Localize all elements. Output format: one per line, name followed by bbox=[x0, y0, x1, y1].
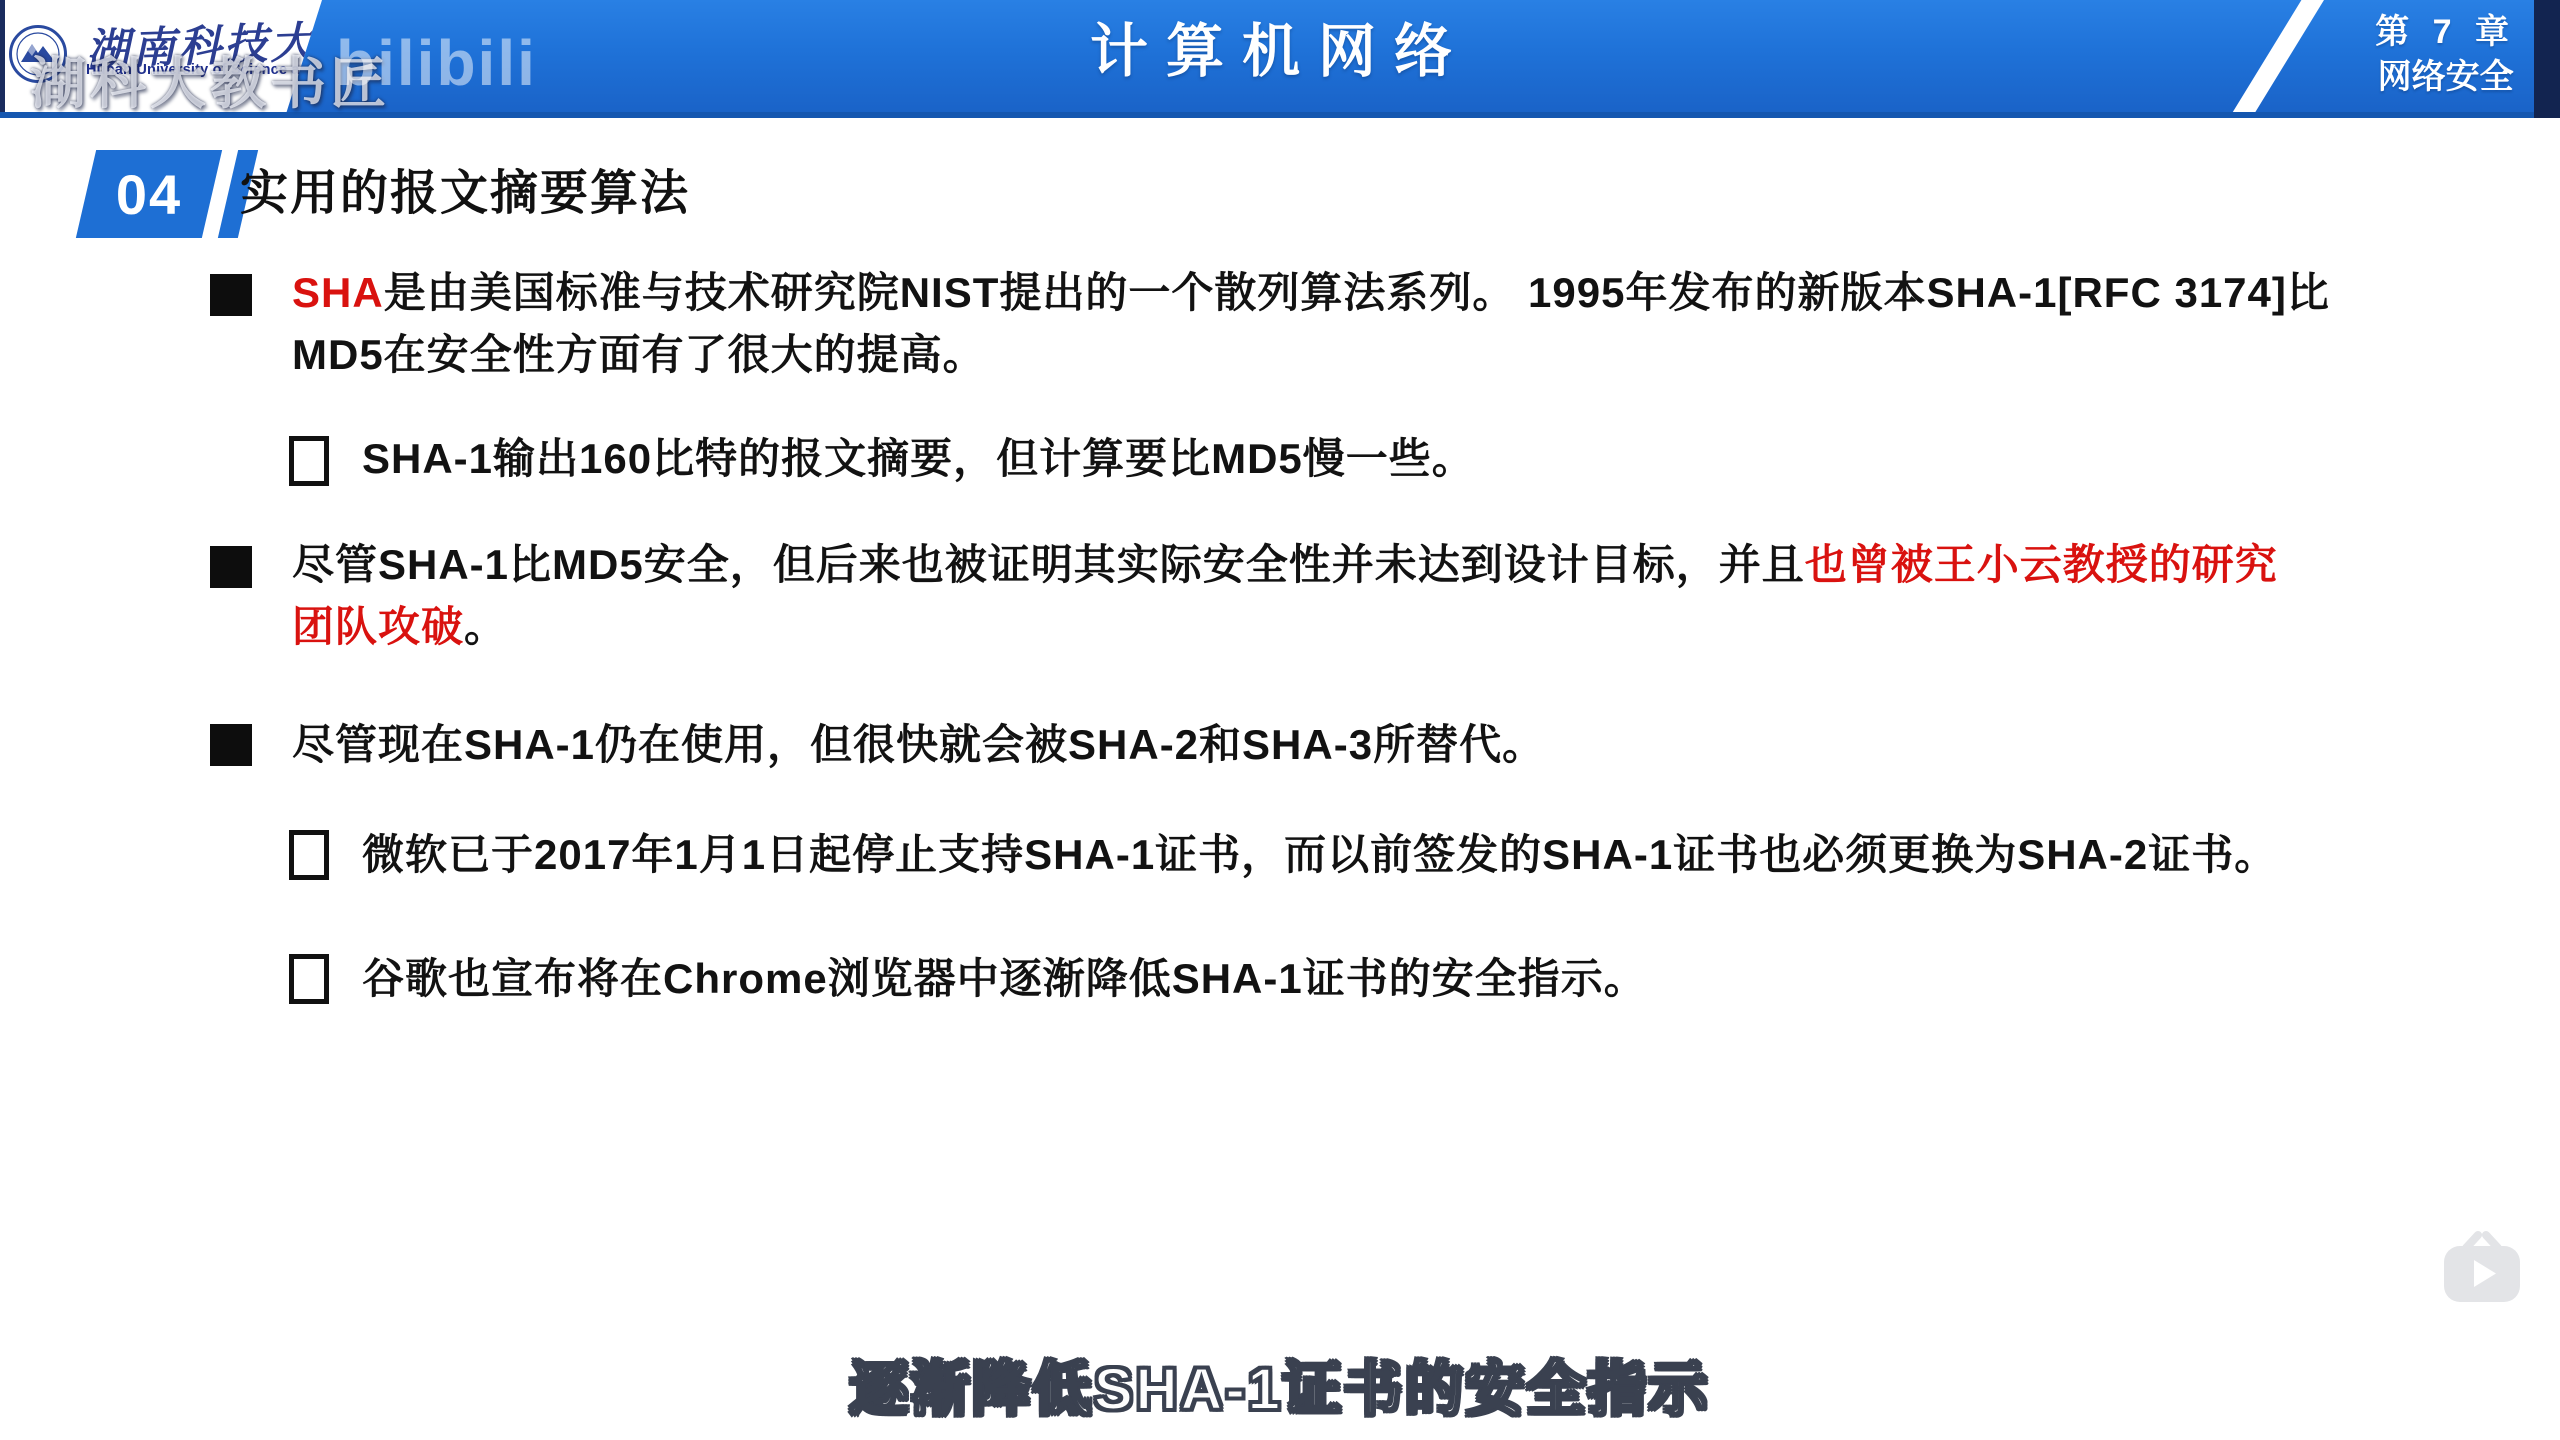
right-edge-strip bbox=[2534, 0, 2560, 118]
bullet-hollow-square bbox=[289, 954, 329, 1004]
course-title: 计算机网络 bbox=[1090, 14, 1470, 90]
bullet1-line1: SHA是由美国标准与技术研究院NIST提出的一个散列算法系列。 1995年发布的… bbox=[292, 265, 2330, 321]
section-number-badge: 04 bbox=[76, 150, 222, 238]
video-subtitle: 逐渐降低SHA-1证书的安全指示 bbox=[850, 1342, 1710, 1426]
bullet1-line2: MD5在安全性方面有了很大的提高。 bbox=[292, 327, 986, 383]
left-edge-strip bbox=[0, 0, 5, 112]
video-frame: 湖南科技大学 Hunan University of Science and T… bbox=[0, 0, 2560, 1440]
bullet1-black-text: 是由美国标准与技术研究院NIST提出的一个散列算法系列。 1995年发布的新版本… bbox=[384, 269, 2330, 316]
bullet-hollow-square bbox=[289, 436, 329, 486]
bilibili-tv-icon[interactable] bbox=[2440, 1230, 2524, 1306]
subbullet2-text: 微软已于2017年1月1日起停止支持SHA-1证书，而以前签发的SHA-1证书也… bbox=[362, 827, 2277, 883]
subbullet3-text: 谷歌也宣布将在Chrome浏览器中逐渐降低SHA-1证书的安全指示。 bbox=[362, 951, 1647, 1007]
bullet-filled-square bbox=[210, 546, 252, 588]
bullet-filled-square bbox=[210, 724, 252, 766]
section-number: 04 bbox=[116, 162, 182, 227]
chapter-number: 第 7 章 bbox=[2375, 10, 2516, 55]
subbullet1-text: SHA-1输出160比特的报文摘要，但计算要比MD5慢一些。 bbox=[362, 431, 1475, 487]
header-slash-decoration bbox=[2230, 0, 2324, 112]
bullet2-line2: 团队攻破。 bbox=[292, 599, 507, 655]
bullet2-red-text: 也曾被王小云教授的研究 bbox=[1805, 541, 2278, 588]
bullet2-black-text: 尽管SHA-1比MD5安全，但后来也被证明其实际安全性并未达到设计目标，并且 bbox=[292, 541, 1805, 588]
bullet1-red-text: SHA bbox=[292, 269, 384, 316]
bullet2-line2-red-text: 团队攻破 bbox=[292, 603, 464, 650]
bullet-hollow-square bbox=[289, 830, 329, 880]
section-title: 实用的报文摘要算法 bbox=[240, 160, 690, 228]
bullet2-line2-black-text: 。 bbox=[464, 603, 507, 650]
bullet-filled-square bbox=[210, 274, 252, 316]
chapter-name: 网络安全 bbox=[2375, 55, 2516, 100]
bullet3-text: 尽管现在SHA-1仍在使用，但很快就会被SHA-2和SHA-3所替代。 bbox=[292, 717, 1545, 773]
chapter-label: 第 7 章 网络安全 bbox=[2375, 10, 2516, 100]
bullet2-line1: 尽管SHA-1比MD5安全，但后来也被证明其实际安全性并未达到设计目标，并且也曾… bbox=[292, 537, 2278, 593]
bilibili-watermark: bilibili bbox=[336, 26, 537, 100]
